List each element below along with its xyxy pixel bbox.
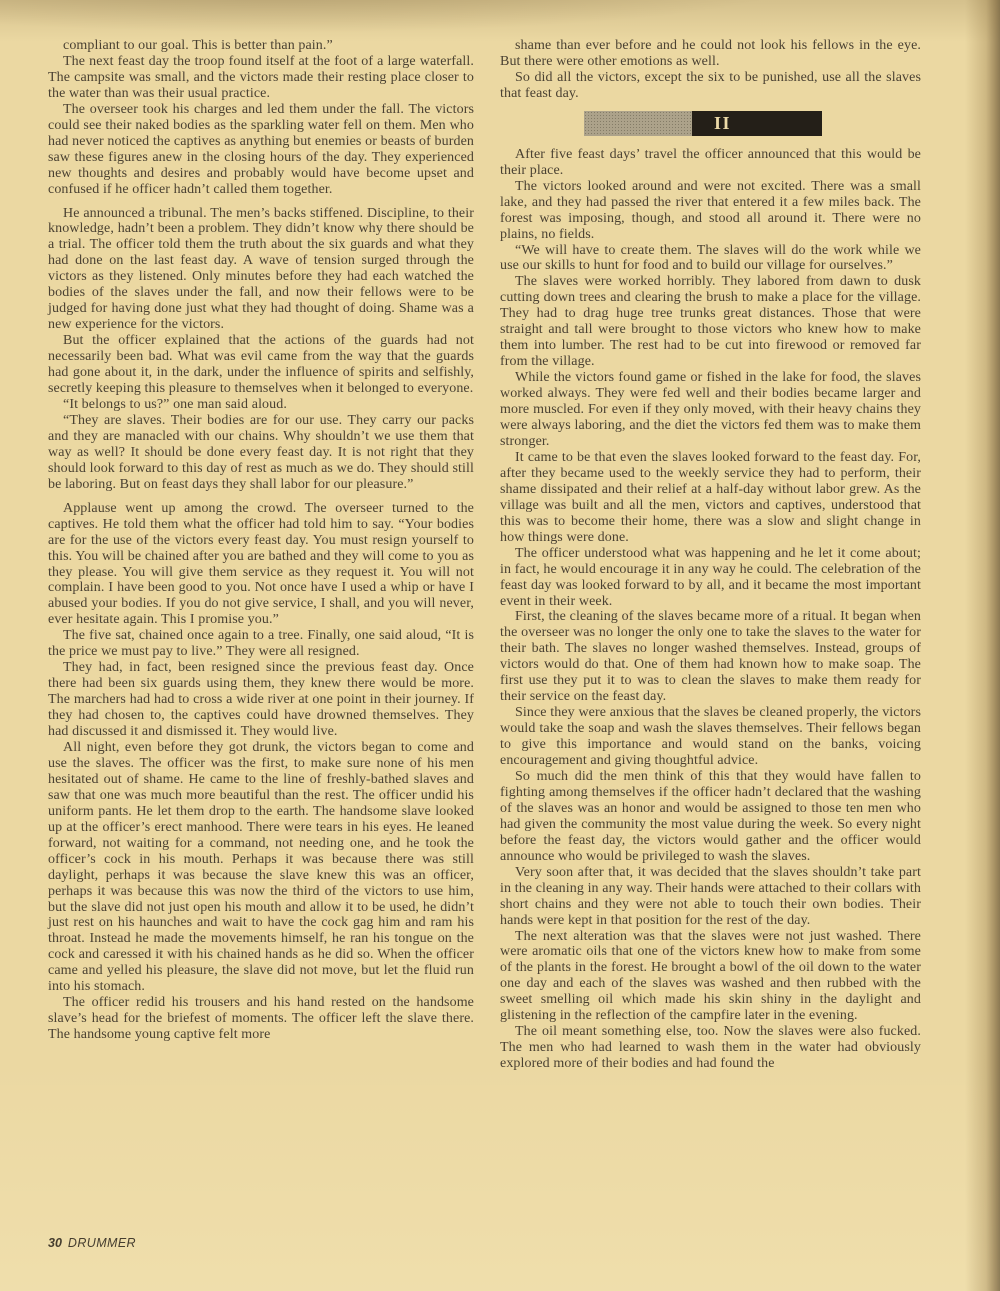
page-footer: 30DRUMMER (48, 1236, 136, 1250)
paragraph: Applause went up among the crowd. The ov… (48, 501, 474, 629)
paragraph: compliant to our goal. This is better th… (48, 38, 474, 54)
paragraph: The officer understood what was happenin… (500, 546, 921, 610)
paragraph: While the victors found game or fished i… (500, 370, 921, 450)
paragraph: After five feast days’ travel the office… (500, 147, 921, 179)
magazine-page: compliant to our goal. This is better th… (0, 0, 1000, 1291)
divider-black-bar: II (692, 111, 822, 136)
page-number: 30 (48, 1236, 62, 1250)
paragraph: The victors looked around and were not e… (500, 179, 921, 243)
paragraph: The officer redid his trousers and his h… (48, 995, 474, 1043)
paragraph: But the officer explained that the actio… (48, 333, 474, 397)
paragraph: The oil meant something else, too. Now t… (500, 1024, 921, 1072)
section-divider: II (584, 111, 822, 136)
paragraph: All night, even before they got drunk, t… (48, 740, 474, 995)
left-column: compliant to our goal. This is better th… (48, 38, 474, 1043)
magazine-title: DRUMMER (68, 1236, 136, 1250)
divider-gray-bar (584, 111, 692, 136)
paragraph: The slaves were worked horribly. They la… (500, 274, 921, 370)
paragraph: It came to be that even the slaves looke… (500, 450, 921, 546)
paragraph: Since they were anxious that the slaves … (500, 705, 921, 769)
paragraph: “We will have to create them. The slaves… (500, 243, 921, 275)
section-number: II (714, 114, 731, 132)
paragraph: shame than ever before and he could not … (500, 38, 921, 70)
paragraph: So much did the men think of this that t… (500, 769, 921, 865)
paragraph: The next feast day the troop found itsel… (48, 54, 474, 102)
paragraph: The next alteration was that the slaves … (500, 929, 921, 1025)
right-column: shame than ever before and he could not … (500, 38, 921, 1072)
paragraph: “It belongs to us?” one man said aloud. (48, 397, 474, 413)
paragraph: He announced a tribunal. The men’s backs… (48, 206, 474, 334)
paragraph: “They are slaves. Their bodies are for o… (48, 413, 474, 493)
paragraph: They had, in fact, been resigned since t… (48, 660, 474, 740)
paragraph: Very soon after that, it was decided tha… (500, 865, 921, 929)
paragraph: The overseer took his charges and led th… (48, 102, 474, 198)
paragraph: The five sat, chained once again to a tr… (48, 628, 474, 660)
paragraph: So did all the victors, except the six t… (500, 70, 921, 102)
paragraph: First, the cleaning of the slaves became… (500, 609, 921, 705)
